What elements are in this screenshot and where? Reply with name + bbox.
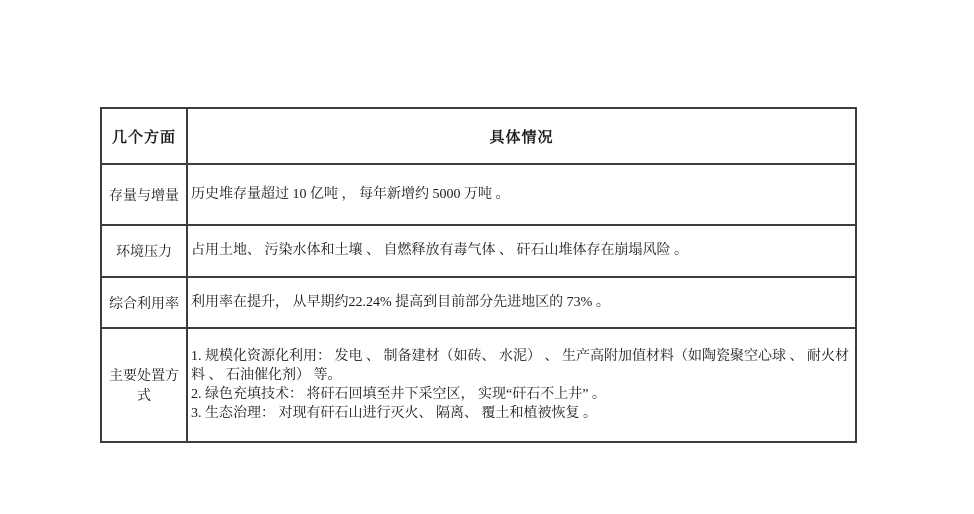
detail-text-utilization-rate: 利用率在提升， 从早期约22.24% 提高到目前部分先进地区的 73% 。	[187, 277, 856, 328]
table-row-disposal-methods: 主要处置方式 1. 规模化资源化利用： 发电 、 制备建材（如砖、 水泥） 、 …	[101, 328, 856, 442]
table-header-row: 几个方面 具体情况	[101, 108, 856, 164]
aspect-label-stock-increment: 存量与增量	[101, 164, 187, 225]
header-detail-cell: 具体情况	[187, 108, 856, 164]
table-row-stock-increment: 存量与增量 历史堆存量超过 10 亿吨 ， 每年新增约 5000 万吨 。	[101, 164, 856, 225]
aspects-table: 几个方面 具体情况 存量与增量 历史堆存量超过 10 亿吨 ， 每年新增约 50…	[100, 107, 857, 443]
disposal-method-line-2: 2. 绿色充填技术： 将矸石回填至井下采空区， 实现“矸石不上井” 。	[191, 385, 850, 404]
detail-text-environmental-pressure: 占用土地、 污染水体和土壤 、 自燃释放有毒气体 、 矸石山堆体存在崩塌风险 。	[187, 225, 856, 277]
aspect-label-utilization-rate: 综合利用率	[101, 277, 187, 328]
table-row-environmental-pressure: 环境压力 占用土地、 污染水体和土壤 、 自燃释放有毒气体 、 矸石山堆体存在崩…	[101, 225, 856, 277]
aspect-label-disposal-methods: 主要处置方式	[101, 328, 187, 442]
detail-text-stock-increment: 历史堆存量超过 10 亿吨 ， 每年新增约 5000 万吨 。	[187, 164, 856, 225]
disposal-method-line-1: 1. 规模化资源化利用： 发电 、 制备建材（如砖、 水泥） 、 生产高附加值材…	[191, 347, 850, 385]
detail-text-disposal-methods: 1. 规模化资源化利用： 发电 、 制备建材（如砖、 水泥） 、 生产高附加值材…	[187, 328, 856, 442]
header-aspect-cell: 几个方面	[101, 108, 187, 164]
table-row-utilization-rate: 综合利用率 利用率在提升， 从早期约22.24% 提高到目前部分先进地区的 73…	[101, 277, 856, 328]
page: { "table": { "border_color": "#3d3d3d", …	[0, 0, 974, 514]
disposal-method-line-3: 3. 生态治理： 对现有矸石山进行灭火、 隔离、 覆土和植被恢复 。	[191, 404, 850, 423]
aspect-label-environmental-pressure: 环境压力	[101, 225, 187, 277]
